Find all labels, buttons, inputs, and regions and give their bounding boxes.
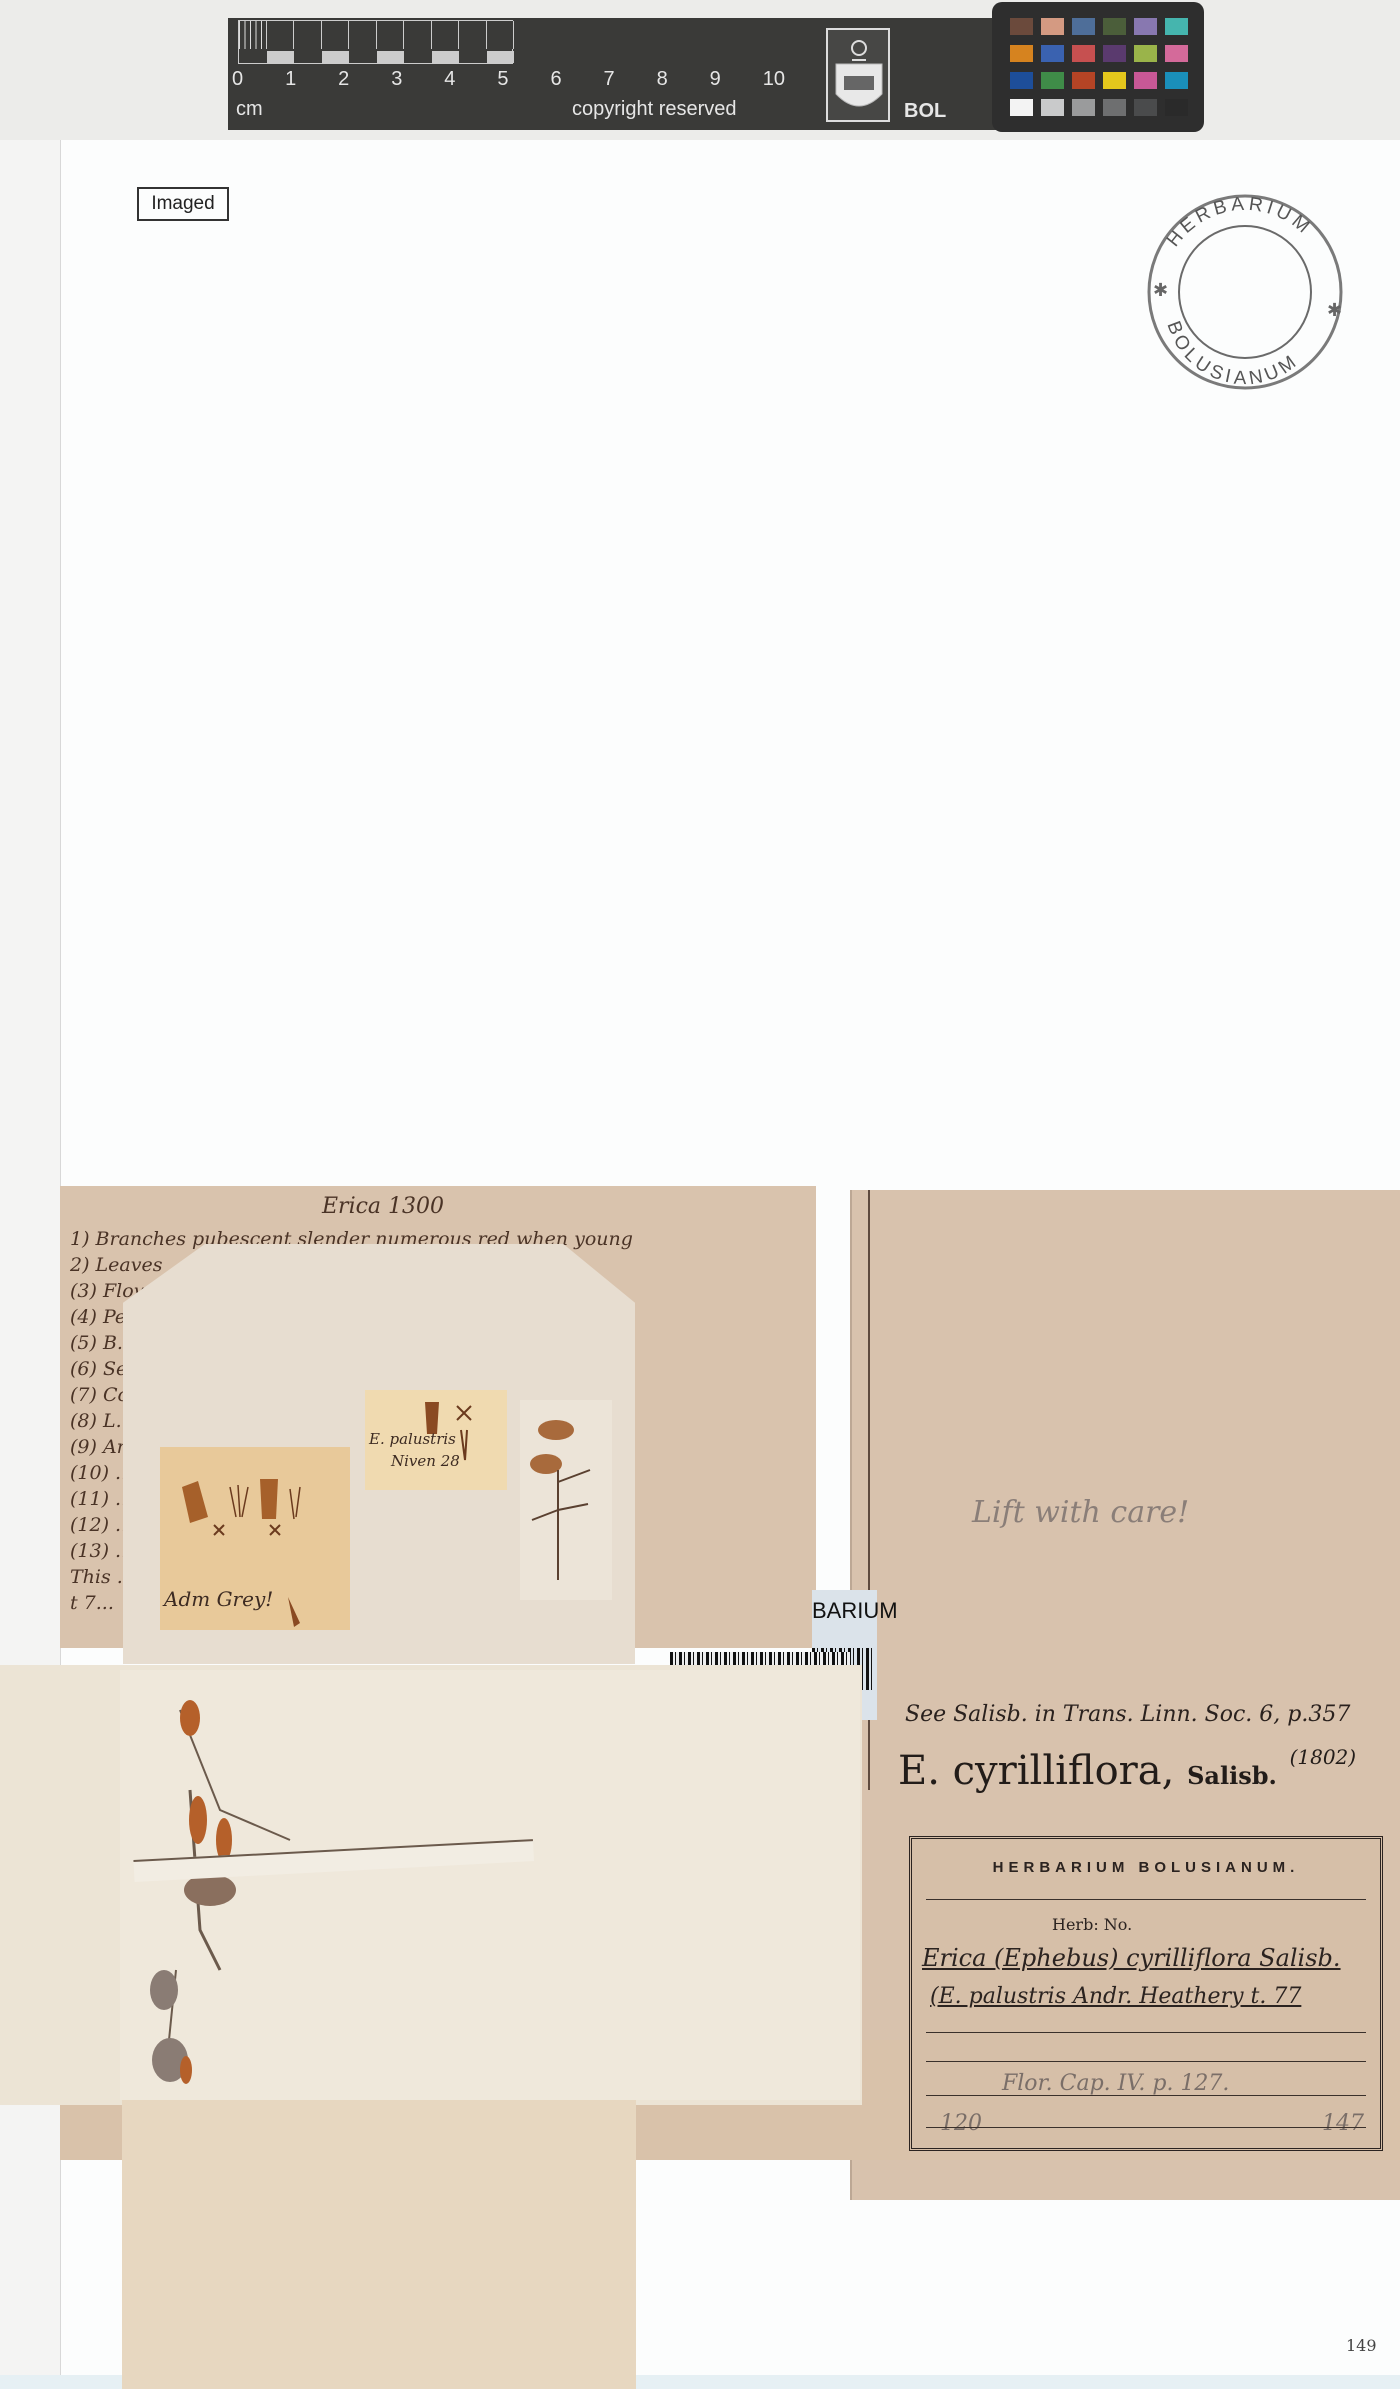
crest-icon [826,28,890,122]
color-patch [1165,72,1188,89]
ruler-tick-label: 2 [338,68,349,91]
color-checker [992,2,1204,132]
note-heading: Erica 1300 [322,1194,444,1219]
card2-line-1: E. palustris [369,1430,456,1448]
color-patch [1072,72,1095,89]
lift-with-care-note: Lift with care! [972,1495,1189,1530]
ruler-tick-label: 10 [763,68,785,91]
color-patch [1072,99,1095,116]
ruler-tick-label: 9 [710,68,721,91]
note-line: t 7... [70,1592,114,1614]
label-number-left: 120 [940,2111,982,2136]
species-name: E. cyrilliflora, Salisb. (1802) [898,1748,1356,1794]
literature-reference: See Salisb. in Trans. Linn. Soc. 6, p.35… [905,1702,1350,1727]
color-patch [1041,45,1064,62]
svg-text:✱: ✱ [1153,280,1168,300]
sheet-number: 149 [1346,2336,1377,2355]
ruler [238,20,513,64]
color-patch [1103,45,1126,62]
color-patch [1041,18,1064,35]
label-rule [926,1899,1366,1900]
label-title: HERBARIUM BOLUSIANUM. [912,1859,1380,1876]
label-rule [926,2127,1366,2128]
herbarium-label: HERBARIUM BOLUSIANUM. Herb: No. Erica (E… [909,1836,1383,2151]
color-patch [1134,99,1157,116]
ruler-tick-label: 6 [550,68,561,91]
ruler-tick-label: 0 [232,68,243,91]
plant-specimen-icon [120,1670,860,2100]
color-patch [1041,72,1064,89]
institution-code: BOL [904,100,946,123]
color-patch [1072,45,1095,62]
ruler-tick-label: 8 [657,68,668,91]
lower-envelope-flap[interactable] [122,2100,636,2389]
species-author: Salisb. [1187,1761,1277,1790]
species-epithet: E. cyrilliflora, [898,1748,1174,1794]
color-patch [1010,18,1033,35]
label-rule [926,2061,1366,2062]
herb-no-field: Herb: No. [1052,1915,1132,1934]
svg-text:HERBARIUM: HERBARIUM [1163,194,1316,251]
card2-line-2: Niven 28 [391,1452,460,1470]
flora-reference: Flor. Cap. IV. p. 127. [1002,2071,1229,2096]
color-patch [1041,99,1064,116]
color-patch [1165,99,1188,116]
label-rule [926,2032,1366,2033]
color-patch [1103,72,1126,89]
color-patch [1134,45,1157,62]
svg-text:BOLUSIANUM: BOLUSIANUM [1162,318,1303,389]
ruler-tick-label: 3 [391,68,402,91]
collector-note: Adm Grey! [164,1587,273,1611]
color-patch [1072,18,1095,35]
plant-specimen-icon [520,1400,612,1600]
ruler-tick-label: 4 [444,68,455,91]
herbarium-stamp: HERBARIUM BOLUSIANUM ✱ ✱ [1135,192,1355,392]
color-patch [1165,45,1188,62]
label-taxon-name: Erica (Ephebus) cyrilliflora Salisb. [922,1944,1341,1972]
barcode-text: BARIUM [812,1598,898,1624]
color-patch [1010,72,1033,89]
svg-text:✱: ✱ [1327,300,1342,320]
color-patch [1010,45,1033,62]
drawing-card-1: Adm Grey! [160,1447,350,1630]
ruler-tick-label: 1 [285,68,296,91]
color-patch [1103,99,1126,116]
label-synonym: (E. palustris Andr. Heathery t. 77 [930,1984,1301,2009]
copyright-text: copyright reserved [572,98,737,121]
species-year: (1802) [1290,1745,1357,1769]
ruler-tick-label: 5 [497,68,508,91]
color-patch [1134,72,1157,89]
color-patch [1010,99,1033,116]
specimen-fragment-packet [520,1400,612,1600]
color-patch [1103,18,1126,35]
scale-unit: cm [236,98,263,121]
color-patch [1134,18,1157,35]
ruler-tick-label: 7 [604,68,615,91]
envelope-flap [120,1670,860,2100]
drawing-card-2: E. palustris Niven 28 [365,1390,507,1490]
label-number-right: 147 [1322,2111,1364,2136]
imaged-stamp: Imaged [137,187,229,221]
color-patch [1165,18,1188,35]
scale-bar: 012345678910 cm copyright reserved BOL [228,18,1018,130]
label-rule [926,2095,1366,2096]
